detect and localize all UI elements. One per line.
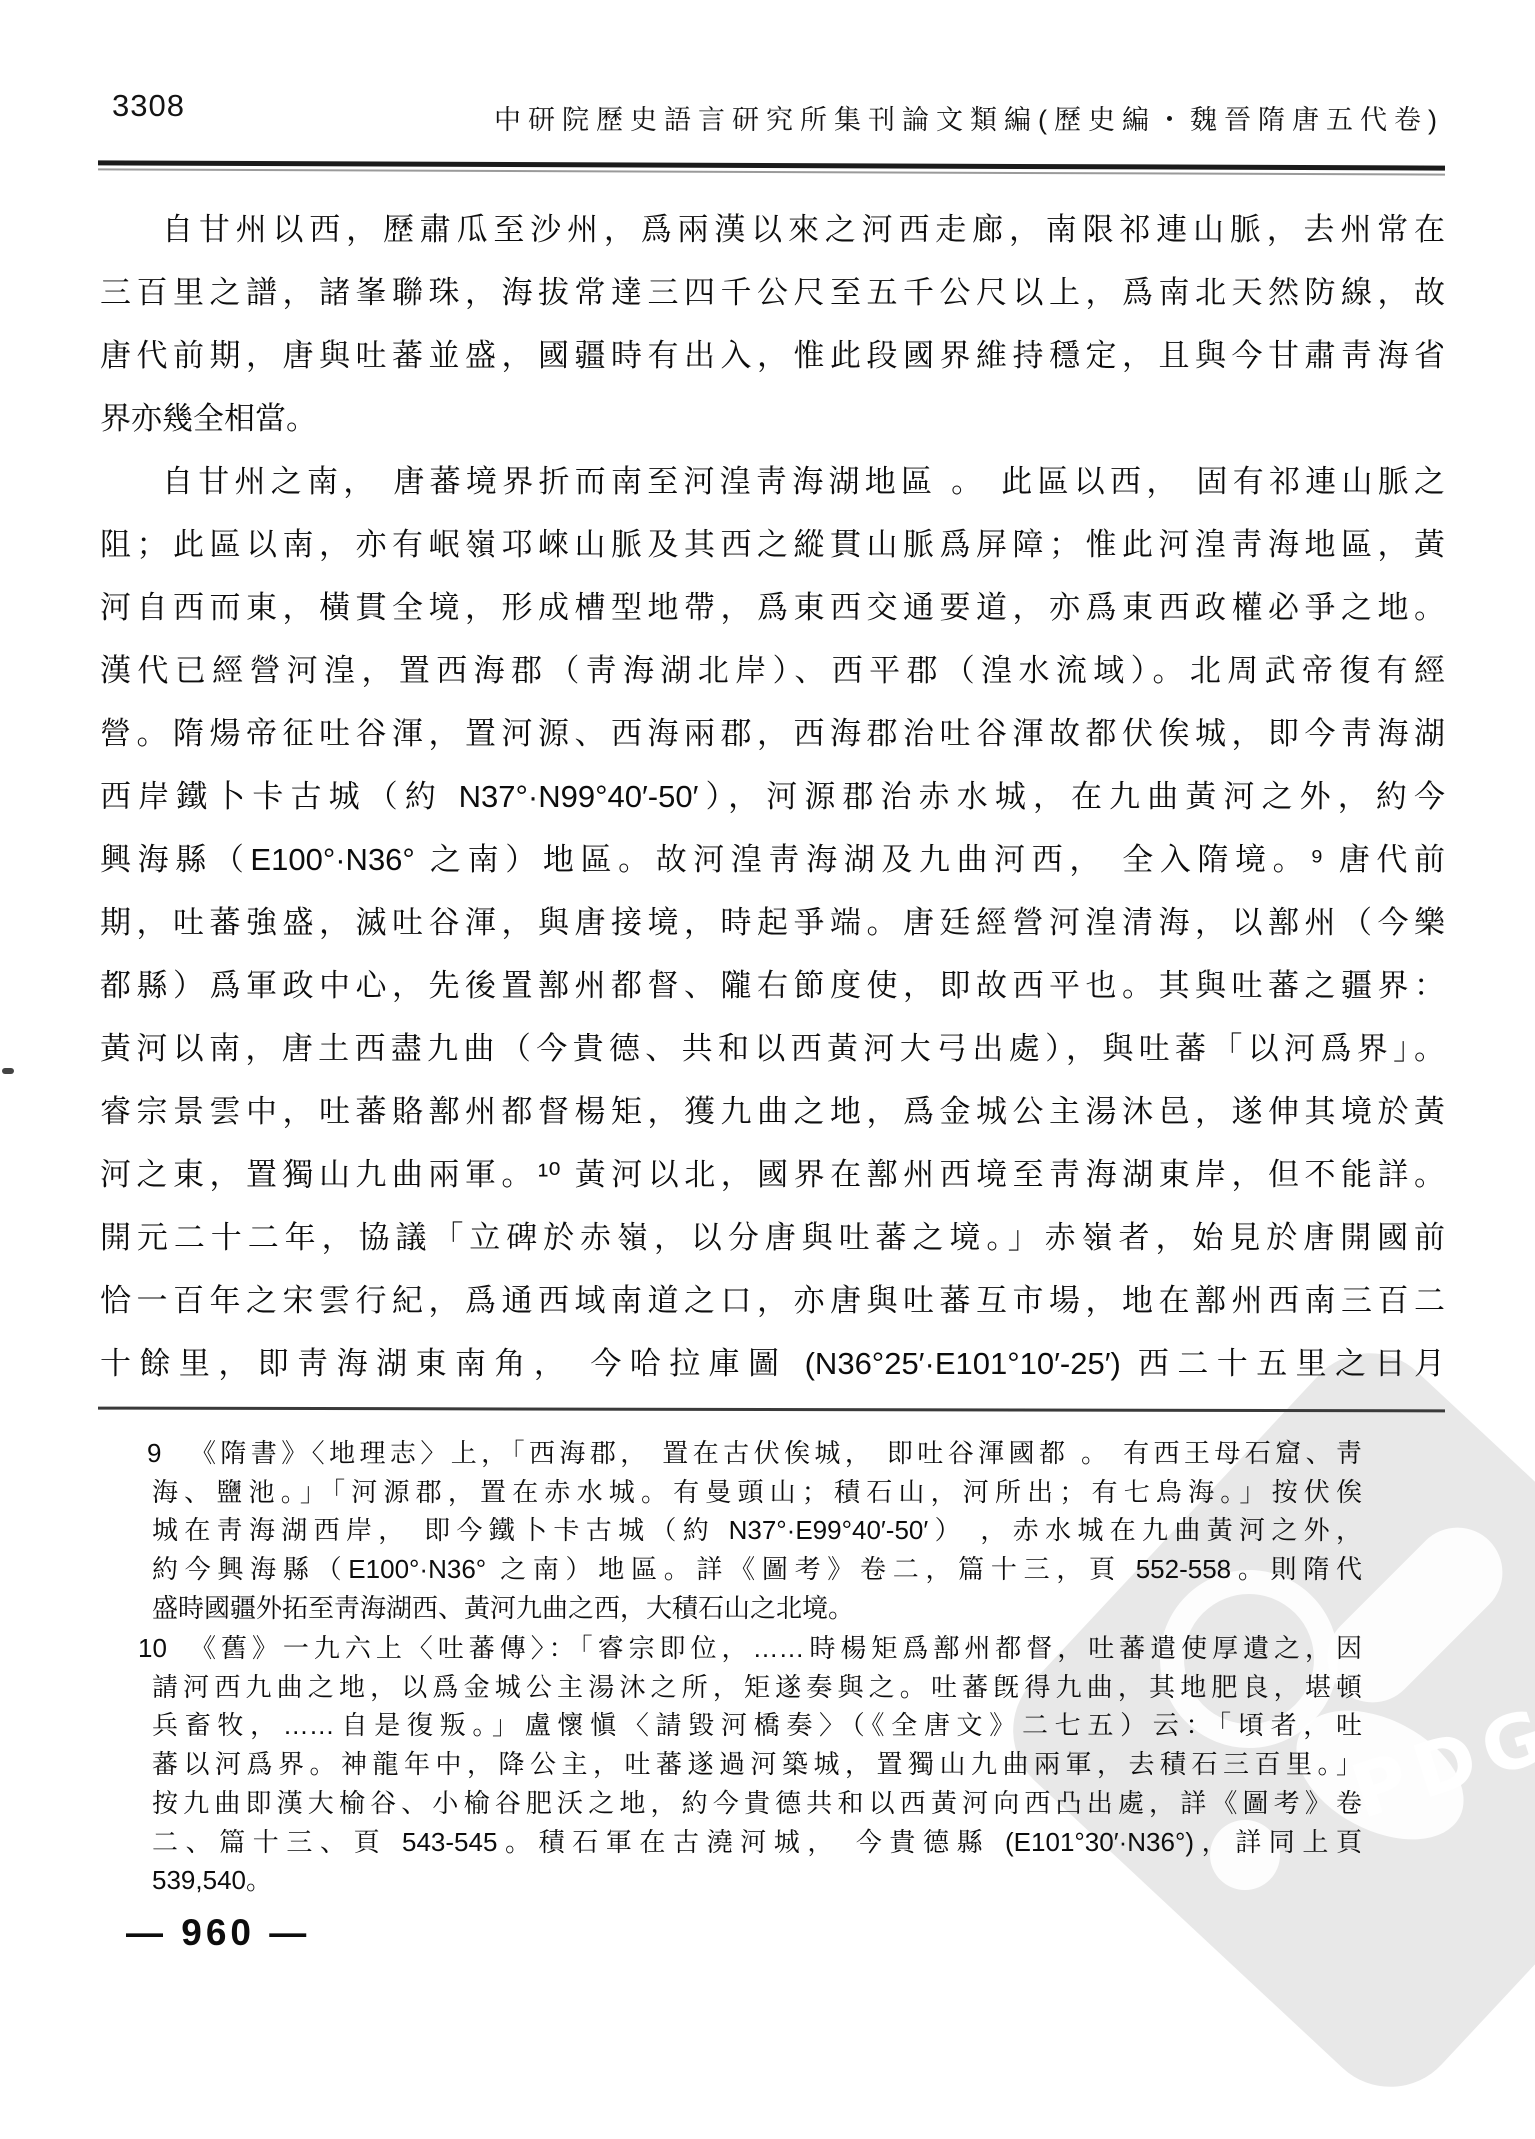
scanned-document-page: PDG 3308 中研院歷史語言研究所集刊論文類編(歷史編・魏晉隋唐五代卷) 自… — [0, 0, 1535, 2139]
footer-page-number: — 960 — — [126, 1912, 310, 1954]
body-line: 期，吐蕃強盛，滅吐谷渾，與唐接境，時起爭端。唐廷經營河湟清海，以鄯州（今樂 — [100, 891, 1445, 954]
footnote-line: 海、鹽池。」「河源郡，置在赤水城。有曼頭山；積石山，河所出；有七烏海。」按伏俟 — [152, 1473, 1362, 1511]
footnote-line: 約今興海縣（E100°·N36° 之南）地區。詳《圖考》卷二，篇十三，頁 552… — [152, 1550, 1362, 1588]
body-line: 唐代前期，唐與吐蕃並盛，國疆時有出入，惟此段國界維持穩定，且與今甘肅靑海省 — [100, 324, 1445, 387]
footnote-line: 請河西九曲之地，以爲金城公主湯沐之所，矩遂奏與之。吐蕃旣得九曲，其地肥良，堪頓 — [152, 1668, 1362, 1706]
header-page-number: 3308 — [112, 88, 185, 124]
body-line: 黃河以南，唐土西盡九曲（今貴德、共和以西黃河大弓出處），與吐蕃「以河爲界」。 — [100, 1017, 1445, 1080]
footnote-line: 《隋書》〈地理志〉上，「西海郡， 置在古伏俟城， 即吐谷渾國都 。 有西王母石窟… — [190, 1434, 1362, 1472]
body-line: 十餘里，即靑海湖東南角， 今哈拉庫圖 (N36°25′·E101°10′-25′… — [100, 1332, 1445, 1395]
body-line: 阻；此區以南，亦有岷嶺邛崍山脈及其西之縱貫山脈爲屏障；惟此河湟靑海地區，黃 — [100, 513, 1445, 576]
footnote-line: 539,540。 — [152, 1861, 1362, 1899]
body-line: 恰一百年之宋雲行紀，爲通西域南道之口，亦唐與吐蕃互市場，地在鄯州西南三百二 — [100, 1269, 1445, 1332]
footnote-line: 二、篇十三、頁 543-545。積石軍在古澆河城， 今貴德縣 (E101°30′… — [152, 1823, 1362, 1861]
footnote-line: 《舊》一九六上〈吐蕃傳〉：「睿宗即位，……時楊矩爲鄯州都督，吐蕃遣使厚遺之，因 — [190, 1629, 1362, 1667]
body-line: 自甘州以西，歷肅瓜至沙州，爲兩漢以來之河西走廊，南限祁連山脈，去州常在 — [100, 198, 1445, 261]
footnote-line: 按九曲即漢大榆谷、小榆谷肥沃之地，約今貴德共和以西黃河向西凸出處，詳《圖考》卷 — [152, 1784, 1362, 1822]
body-line: 河之東，置獨山九曲兩軍。¹⁰ 黃河以北，國界在鄯州西境至靑海湖東岸，但不能詳。 — [100, 1143, 1445, 1206]
body-line: 漢代已經營河湟，置西海郡（靑海湖北岸）、西平郡（湟水流域）。北周武帝復有經 — [100, 639, 1445, 702]
scan-speck — [2, 1068, 14, 1074]
body-line: 三百里之譜，諸峯聯珠，海拔常達三四千公尺至五千公尺以上，爲南北天然防線，故 — [100, 261, 1445, 324]
body-line: 開元二十二年，協議「立碑於赤嶺，以分唐與吐蕃之境。」赤嶺者，始見於唐開國前 — [100, 1206, 1445, 1269]
body-line: 營。隋煬帝征吐谷渾，置河源、西海兩郡，西海郡治吐谷渾故都伏俟城，即今靑海湖 — [100, 702, 1445, 765]
footnote-line: 城在靑海湖西岸， 即今鐵卜卡古城（約 N37°·E99°40′-50′） ，赤水… — [152, 1511, 1362, 1549]
journal-title: 中研院歷史語言研究所集刊論文類編(歷史編・魏晉隋唐五代卷) — [352, 98, 1444, 137]
body-line: 自甘州之南， 唐蕃境界折而南至河湟靑海湖地區 。 此區以西， 固有祁連山脈之 — [100, 450, 1445, 513]
footnote-number: 9 — [147, 1434, 161, 1472]
footnote-number: 10 — [138, 1629, 167, 1667]
body-line: 西岸鐵卜卡古城（約 N37°·N99°40′-50′），河源郡治赤水城，在九曲黃… — [100, 765, 1445, 828]
body-line: 河自西而東，橫貫全境，形成槽型地帶，爲東西交通要道，亦爲東西政權必爭之地。 — [100, 576, 1445, 639]
footnote-line: 兵畜牧，……自是復叛。」盧懷愼〈請毀河橋奏〉（《全唐文》二七五）云：「頃者，吐 — [152, 1706, 1362, 1744]
body-line: 都縣）爲軍政中心，先後置鄯州都督、隴右節度使，即故西平也。其與吐蕃之疆界： — [100, 954, 1445, 1017]
footnote-line: 蕃以河爲界。神龍年中，降公主，吐蕃遂過河築城，置獨山九曲兩軍，去積石三百里。」 — [152, 1745, 1362, 1783]
footnote-line: 盛時國疆外拓至靑海湖西、黃河九曲之西，大積石山之北境。 — [152, 1589, 1362, 1627]
body-line: 興海縣（E100°·N36° 之南）地區。故河湟靑海湖及九曲河西， 全入隋境。⁹… — [100, 828, 1445, 891]
body-line: 界亦幾全相當。 — [100, 387, 1445, 450]
body-line: 睿宗景雲中，吐蕃賂鄯州都督楊矩，獲九曲之地，爲金城公主湯沐邑，遂伸其境於黃 — [100, 1080, 1445, 1143]
